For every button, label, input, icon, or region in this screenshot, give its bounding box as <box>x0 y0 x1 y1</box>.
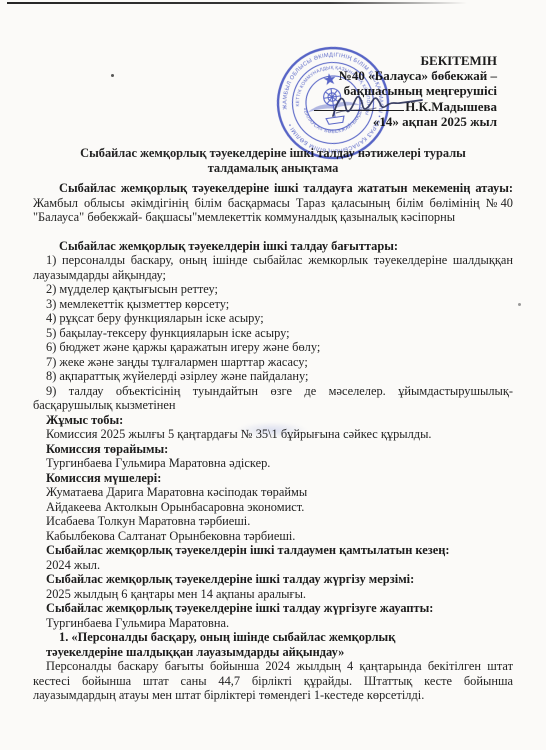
section1-text: Персоналды баскару бағыты бойынша 2024 ж… <box>33 659 513 703</box>
period-value: 2024 жыл. <box>33 558 513 573</box>
chair-label: Комиссия төрайымы: <box>33 442 513 457</box>
direction-item-1: 1) персоналды баскару, оның ішінде сыбай… <box>33 253 513 282</box>
approval-signer-name: Н.К.Мадышева <box>405 99 497 114</box>
period-label-text: Сыбайлас жемқорлық тәуекелдерін ішкі тал… <box>46 543 450 557</box>
signature-underline <box>314 99 404 111</box>
document-body: Сыбайлас жемқорлық тәуекелдеріне ішкі та… <box>33 146 513 703</box>
approval-org-line-1: №40 «Балауса» бөбекжай – <box>287 68 497 83</box>
working-group-label: Жұмыс тобы: <box>33 413 513 428</box>
directions-heading-text: Сыбайлас жемқорлық тәуекелдерін ішкі тал… <box>59 239 398 253</box>
term-label-text: Сыбайлас жемқорлық тәуекелдеріне ішкі та… <box>46 572 414 586</box>
approval-approve-label: БЕКІТЕМІН <box>287 53 497 68</box>
title-line-2: талдамалық анықтама <box>33 161 513 176</box>
direction-item-7: 7) жеке және заңды тұлғалармен шарттар ж… <box>33 355 513 370</box>
responsible-label-text: Сыбайлас жемқорлық тәуекелдеріне ішкі та… <box>46 601 433 615</box>
institution-value: Жамбыл облысы әкімдігінің білім басқарма… <box>33 196 513 225</box>
direction-item-9: 9) талдау объектісінің туындайтын өзге д… <box>33 384 513 413</box>
scan-speck <box>111 74 114 77</box>
chair-text: Тургинбаева Гульмира Маратовна әдіскер. <box>33 456 513 471</box>
working-group-text: Комиссия 2025 жылғы 5 қаңтардағы № 35\1 … <box>33 427 513 442</box>
term-label: Сыбайлас жемқорлық тәуекелдеріне ішкі та… <box>33 572 513 587</box>
members-label: Комиссия мүшелері: <box>33 471 513 486</box>
direction-item-4: 4) рұқсат беру функцияларын іске асыру; <box>33 311 513 326</box>
member-3: Исабаева Толкун Маратовна тәрбиеші. <box>33 514 513 529</box>
directions-heading: Сыбайлас жемқорлық тәуекелдерін ішкі тал… <box>33 239 513 254</box>
responsible-value: Тургинбаева Гульмира Маратовна. <box>33 616 513 631</box>
working-group-label-text: Жұмыс тобы: <box>46 413 123 427</box>
institution-paragraph: Сыбайлас жемқорлық тәуекелдеріне ішкі та… <box>33 181 513 225</box>
title-line-1: Сыбайлас жемқорлық тәуекелдеріне ішкі та… <box>33 146 513 161</box>
direction-item-6: 6) бюджет және қаржы қаражатын игеру жән… <box>33 340 513 355</box>
scan-edge-line <box>7 2 467 4</box>
members-label-text: Комиссия мүшелері: <box>46 471 161 485</box>
chair-label-text: Комиссия төрайымы: <box>46 442 168 456</box>
document-title: Сыбайлас жемқорлық тәуекелдеріне ішкі та… <box>33 146 513 176</box>
responsible-label: Сыбайлас жемқорлық тәуекелдеріне ішкі та… <box>33 601 513 616</box>
approval-org-line-2: бақшасының меңгерушісі <box>287 83 497 98</box>
scan-dot <box>518 303 521 306</box>
direction-item-5: 5) бақылау-тексеру функцияларын іске асы… <box>33 326 513 341</box>
direction-item-2: 2) мүдделер қақтығысын реттеу; <box>33 282 513 297</box>
section1-heading: 1. «Персоналды басқару, оның ішінде сыба… <box>33 630 513 659</box>
term-value: 2025 жылдың 6 қаңтары мен 14 ақпаны арал… <box>33 587 513 602</box>
institution-label: Сыбайлас жемқорлық тәуекелдеріне ішкі та… <box>59 181 513 195</box>
member-1: Жуматаева Дарига Маратовна кәсіподак төр… <box>33 485 513 500</box>
approval-date-line: «14» ақпан 2025 жыл <box>287 114 497 129</box>
scanned-document-page: БЕКІТЕМІН №40 «Балауса» бөбекжай – бақша… <box>0 0 546 750</box>
direction-item-3: 3) мемлекеттік қызметтер көрсету; <box>33 297 513 312</box>
member-4: Кабылбекова Салтанат Орынбековна тәрбиеш… <box>33 529 513 544</box>
section1-heading-line-1: 1. «Персоналды басқару, оның ішінде сыба… <box>59 630 395 644</box>
direction-item-8: 8) ақпараттық жүйелерді әзірлеу және пай… <box>33 369 513 384</box>
section1-heading-line-2: тәуекелдеріне шалдыққан лауазымдарды айқ… <box>46 645 344 659</box>
approval-signature-line: Н.К.Мадышева <box>287 99 497 114</box>
approval-block: БЕКІТЕМІН №40 «Балауса» бөбекжай – бақша… <box>287 53 497 129</box>
period-label: Сыбайлас жемқорлық тәуекелдерін ішкі тал… <box>33 543 513 558</box>
member-2: Айдакеева Актолкын Орынбасаровна экономи… <box>33 500 513 515</box>
